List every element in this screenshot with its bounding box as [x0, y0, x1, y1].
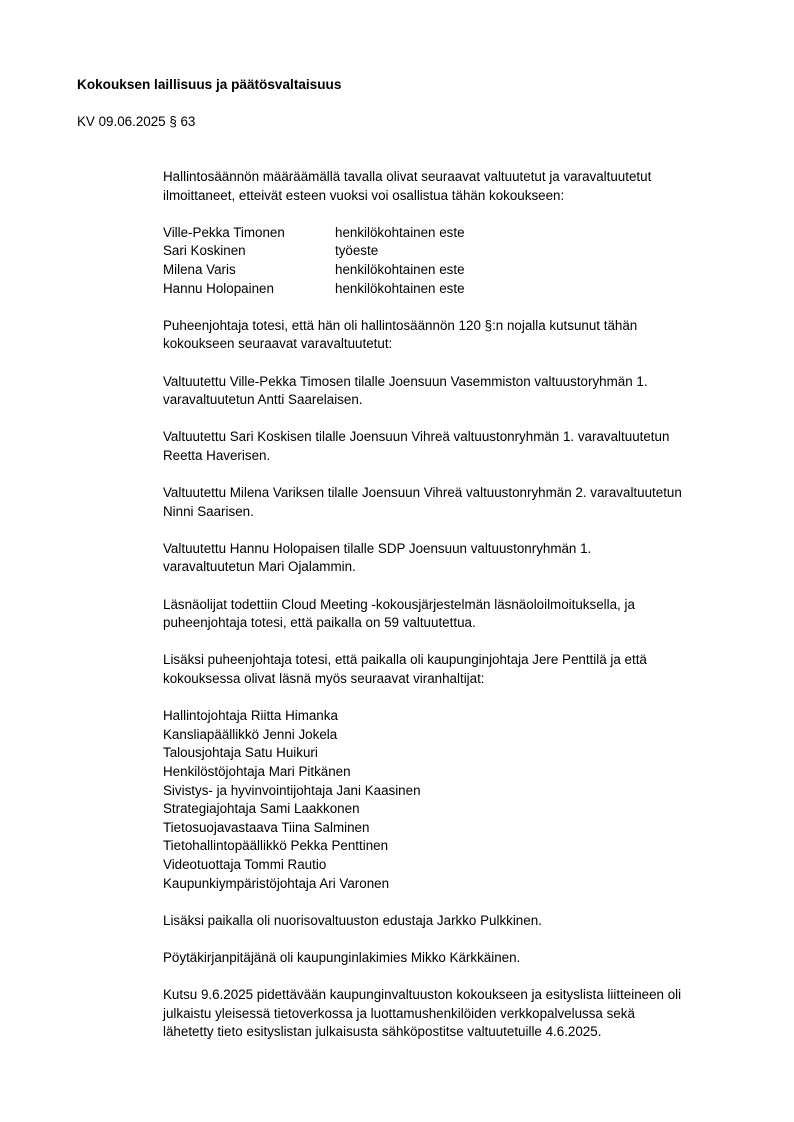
text-line: kokouksessa olivat läsnä myös seuraavat …: [163, 670, 738, 689]
text-line: puheenjohtaja totesi, että paikalla on 5…: [163, 614, 738, 633]
text-line: Valtuutettu Ville-Pekka Timosen tilalle …: [163, 373, 738, 392]
absentee-name: Sari Koskinen: [163, 242, 335, 261]
substitutes-intro-paragraph: Puheenjohtaja totesi, että hän oli halli…: [163, 317, 738, 354]
substitution-paragraph: Valtuutettu Milena Variksen tilalle Joen…: [163, 484, 738, 521]
absentee-name: Hannu Holopainen: [163, 280, 335, 299]
absence-row: Milena Varis henkilökohtainen este: [163, 261, 738, 280]
meeting-reference: KV 09.06.2025 § 63: [77, 113, 195, 131]
absence-reason: henkilökohtainen este: [335, 261, 465, 280]
official-item: Kansliapäällikkö Jenni Jokela: [163, 726, 738, 745]
official-item: Videotuottaja Tommi Rautio: [163, 856, 738, 875]
official-item: Tietohallintopäällikkö Pekka Penttinen: [163, 837, 738, 856]
absence-reason: työeste: [335, 242, 378, 261]
text-line: ilmoittaneet, etteivät esteen vuoksi voi…: [163, 187, 738, 206]
absentee-name: Milena Varis: [163, 261, 335, 280]
text-line: Lisäksi puheenjohtaja totesi, että paika…: [163, 651, 738, 670]
text-line: julkaistu yleisessä tietoverkossa ja luo…: [163, 1005, 738, 1024]
text-line: Puheenjohtaja totesi, että hän oli halli…: [163, 317, 738, 336]
absence-row: Ville-Pekka Timonen henkilökohtainen est…: [163, 224, 738, 243]
official-item: Kaupunkiympäristöjohtaja Ari Varonen: [163, 875, 738, 894]
official-item: Hallintojohtaja Riitta Himanka: [163, 707, 738, 726]
text-line: Kutsu 9.6.2025 pidettävään kaupunginvalt…: [163, 986, 738, 1005]
substitution-paragraph: Valtuutettu Sari Koskisen tilalle Joensu…: [163, 428, 738, 465]
attendance-paragraph: Läsnäolijat todettiin Cloud Meeting -kok…: [163, 596, 738, 633]
official-item: Henkilöstöjohtaja Mari Pitkänen: [163, 763, 738, 782]
text-line: Hallintosäännön määräämällä tavalla oliv…: [163, 168, 738, 187]
officials-list: Hallintojohtaja Riitta Himanka Kansliapä…: [163, 707, 738, 893]
text-line: kokoukseen seuraavat varavaltuutetut:: [163, 335, 738, 354]
official-item: Strategiajohtaja Sami Laakkonen: [163, 800, 738, 819]
youth-council-paragraph: Lisäksi paikalla oli nuorisovaltuuston e…: [163, 912, 738, 931]
document-page: Kokouksen laillisuus ja päätösvaltaisuus…: [0, 0, 794, 1122]
document-body: Hallintosäännön määräämällä tavalla oliv…: [163, 168, 738, 1061]
official-item: Talousjohtaja Satu Huikuri: [163, 744, 738, 763]
text-line: varavaltuutetun Mari Ojalammin.: [163, 558, 738, 577]
absence-row: Sari Koskinen työeste: [163, 242, 738, 261]
text-line: Valtuutettu Hannu Holopaisen tilalle SDP…: [163, 540, 738, 559]
text-line: lähetetty tieto esityslistan julkaisusta…: [163, 1023, 738, 1042]
text-line: Läsnäolijat todettiin Cloud Meeting -kok…: [163, 596, 738, 615]
document-title: Kokouksen laillisuus ja päätösvaltaisuus: [77, 76, 341, 94]
official-item: Sivistys- ja hyvinvointijohtaja Jani Kaa…: [163, 782, 738, 801]
text-line: Valtuutettu Sari Koskisen tilalle Joensu…: [163, 428, 738, 447]
substitution-paragraph: Valtuutettu Hannu Holopaisen tilalle SDP…: [163, 540, 738, 577]
absence-row: Hannu Holopainen henkilökohtainen este: [163, 280, 738, 299]
intro-paragraph: Hallintosäännön määräämällä tavalla oliv…: [163, 168, 738, 205]
invitation-paragraph: Kutsu 9.6.2025 pidettävään kaupunginvalt…: [163, 986, 738, 1042]
text-line: Pöytäkirjanpitäjänä oli kaupunginlakimie…: [163, 949, 738, 968]
officials-intro-paragraph: Lisäksi puheenjohtaja totesi, että paika…: [163, 651, 738, 688]
substitution-paragraph: Valtuutettu Ville-Pekka Timosen tilalle …: [163, 373, 738, 410]
absence-reason: henkilökohtainen este: [335, 280, 465, 299]
text-line: varavaltuutetun Antti Saarelaisen.: [163, 391, 738, 410]
absentee-name: Ville-Pekka Timonen: [163, 224, 335, 243]
minutes-keeper-paragraph: Pöytäkirjanpitäjänä oli kaupunginlakimie…: [163, 949, 738, 968]
text-line: Lisäksi paikalla oli nuorisovaltuuston e…: [163, 912, 738, 931]
text-line: Reetta Haverisen.: [163, 447, 738, 466]
text-line: Valtuutettu Milena Variksen tilalle Joen…: [163, 484, 738, 503]
official-item: Tietosuojavastaava Tiina Salminen: [163, 819, 738, 838]
absence-reason: henkilökohtainen este: [335, 224, 465, 243]
text-line: Ninni Saarisen.: [163, 503, 738, 522]
absence-list: Ville-Pekka Timonen henkilökohtainen est…: [163, 224, 738, 298]
